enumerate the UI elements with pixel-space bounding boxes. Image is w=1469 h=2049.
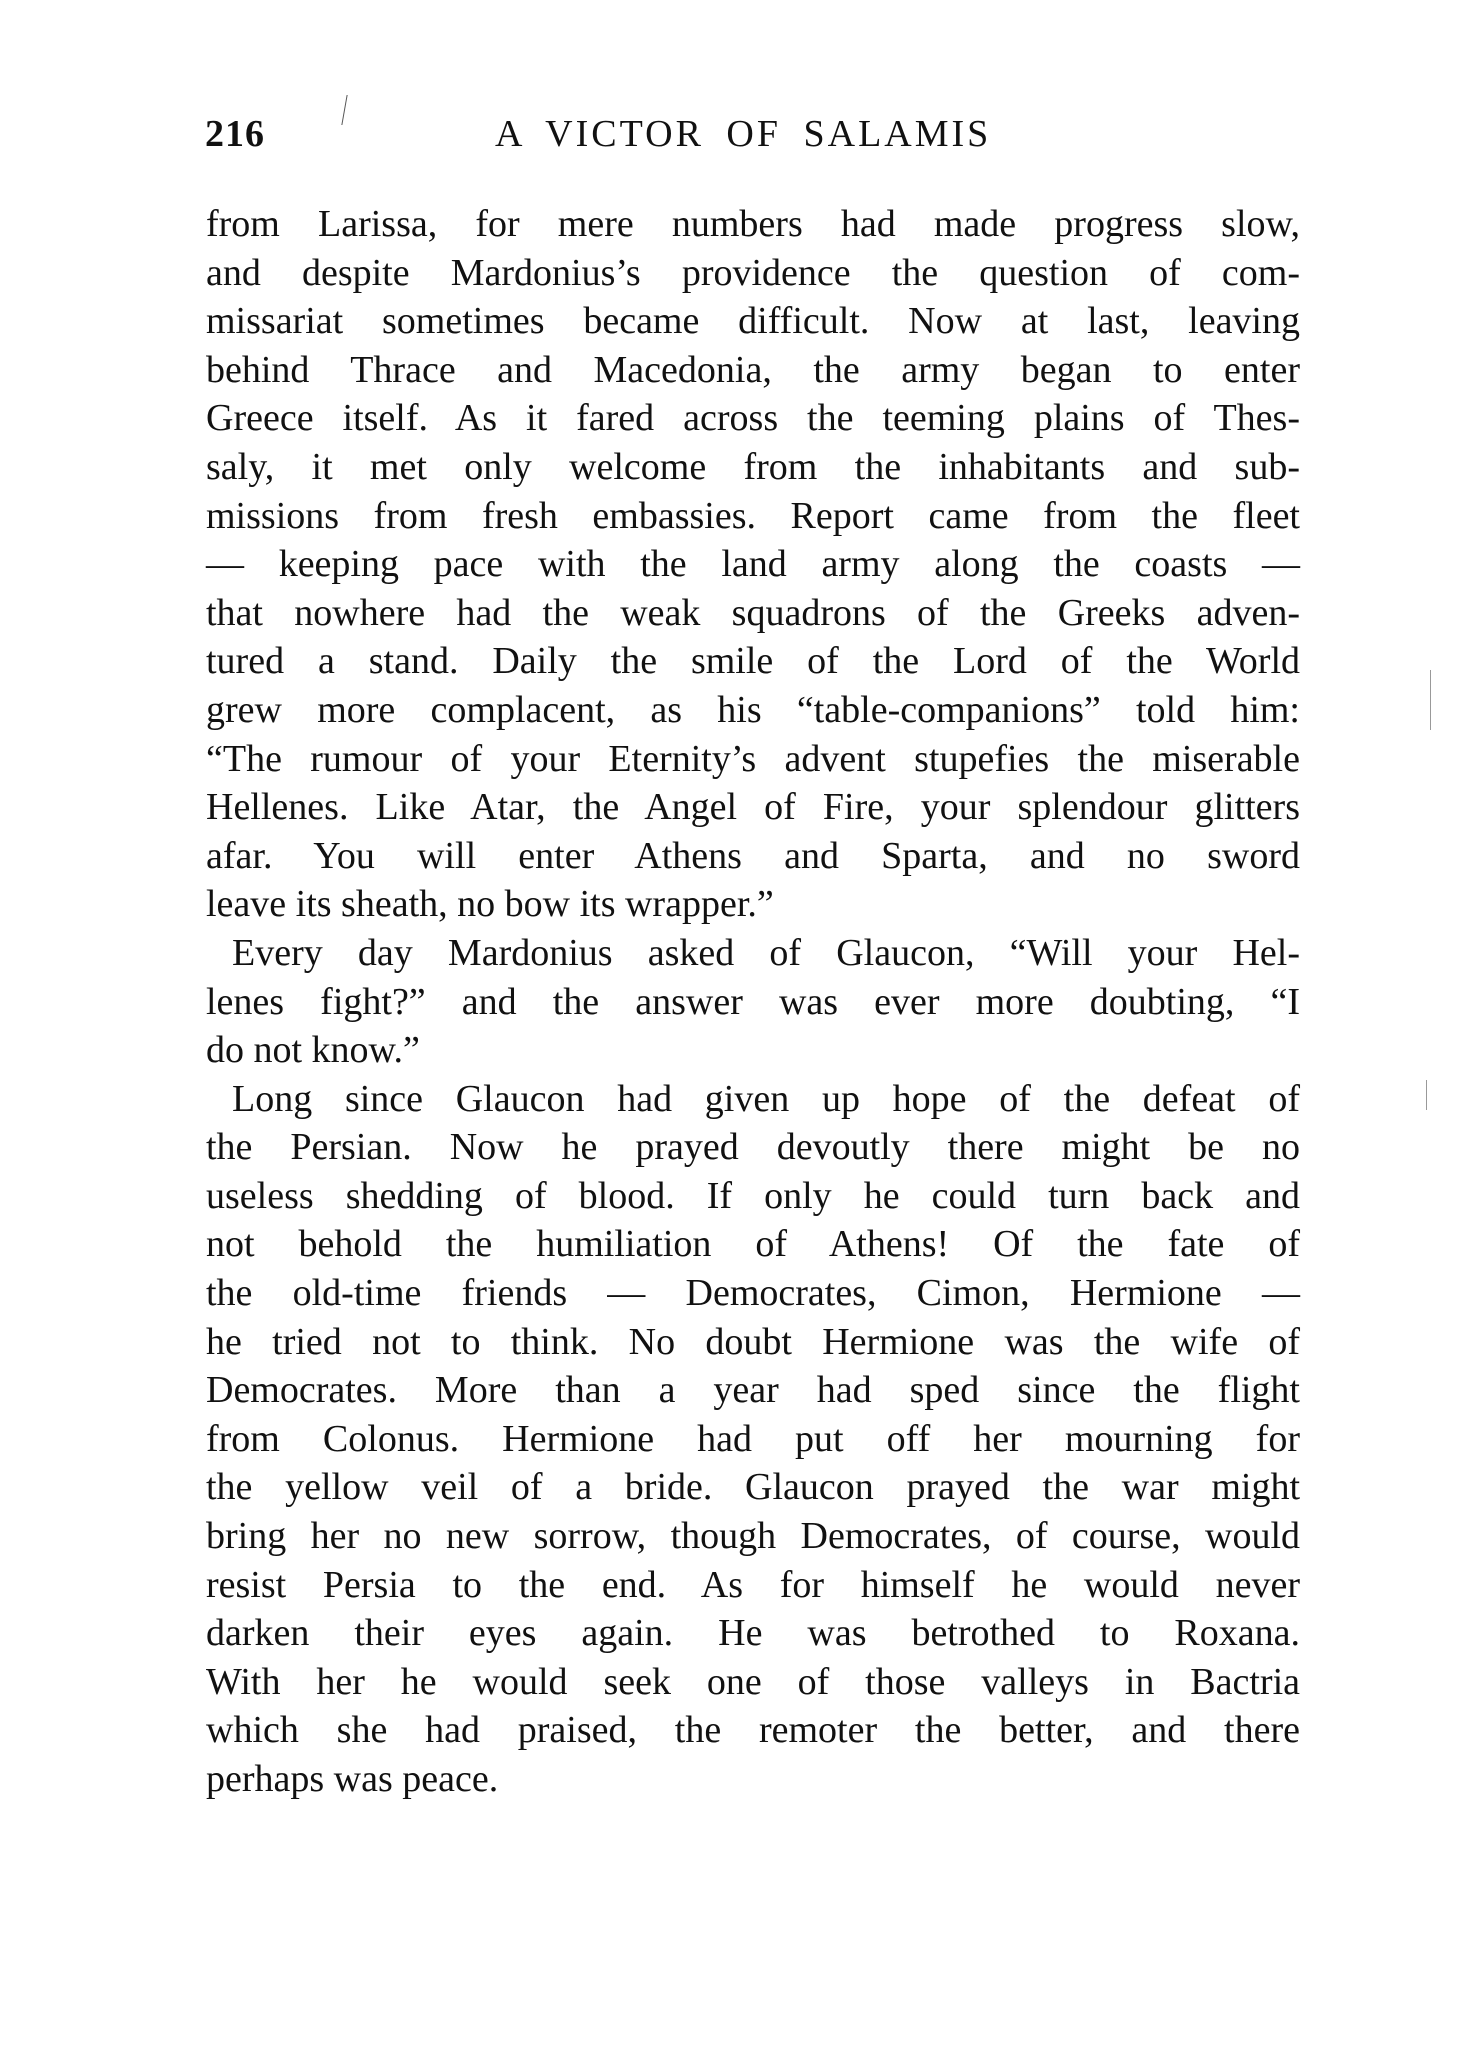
paragraph-start-line: Long since Glaucon had given up hope of … [206,1075,1300,1124]
text-line: that nowhere had the weak squadrons of t… [206,589,1300,638]
text-line: missariat sometimes became difficult. No… [206,297,1300,346]
scan-mark [1430,670,1431,730]
text-line: missions from fresh embassies. Report ca… [206,492,1300,541]
text-line: leave its sheath, no bow its wrapper.” [206,880,1300,929]
paragraph-start-line: Every day Mardonius asked of Glaucon, “W… [206,929,1300,978]
text-line: saly, it met only welcome from the inhab… [206,443,1300,492]
text-line: With her he would seek one of those vall… [206,1658,1300,1707]
text-line: from Larissa, for mere numbers had made … [206,200,1300,249]
text-line: not behold the humiliation of Athens! Of… [206,1220,1300,1269]
body-text: from Larissa, for mere numbers had made … [206,200,1300,1804]
text-line: darken their eyes again. He was betrothe… [206,1609,1300,1658]
text-line: resist Persia to the end. As for himself… [206,1561,1300,1610]
text-line: behind Thrace and Macedonia, the army be… [206,346,1300,395]
scan-mark [1426,1080,1427,1110]
book-page: 216 A VICTOR OF SALAMIS from Larissa, fo… [0,0,1469,2049]
text-line: perhaps was peace. [206,1755,1300,1804]
text-line: Greece itself. As it fared across the te… [206,394,1300,443]
text-line: and despite Mardonius’s providence the q… [206,249,1300,298]
text-line: useless shedding of blood. If only he co… [206,1172,1300,1221]
text-line: the old-time friends — Democrates, Cimon… [206,1269,1300,1318]
text-line: from Colonus. Hermione had put off her m… [206,1415,1300,1464]
text-line: Democrates. More than a year had sped si… [206,1366,1300,1415]
text-line: Hellenes. Like Atar, the Angel of Fire, … [206,783,1300,832]
page-number: 216 [205,110,265,158]
text-line: lenes fight?” and the answer was ever mo… [206,978,1300,1027]
running-title: A VICTOR OF SALAMIS [495,110,991,158]
text-line: the Persian. Now he prayed devoutly ther… [206,1123,1300,1172]
text-line: bring her no new sorrow, though Democrat… [206,1512,1300,1561]
text-line: tured a stand. Daily the smile of the Lo… [206,637,1300,686]
text-line: the yellow veil of a bride. Glaucon pray… [206,1463,1300,1512]
text-line: “The rumour of your Eternity’s advent st… [206,735,1300,784]
text-line: which she had praised, the remoter the b… [206,1706,1300,1755]
running-head: 216 A VICTOR OF SALAMIS [205,110,1300,158]
text-line: grew more complacent, as his “table-comp… [206,686,1300,735]
text-line: he tried not to think. No doubt Hermione… [206,1318,1300,1367]
text-line: afar. You will enter Athens and Sparta, … [206,832,1300,881]
text-line: do not know.” [206,1026,1300,1075]
text-line: — keeping pace with the land army along … [206,540,1300,589]
